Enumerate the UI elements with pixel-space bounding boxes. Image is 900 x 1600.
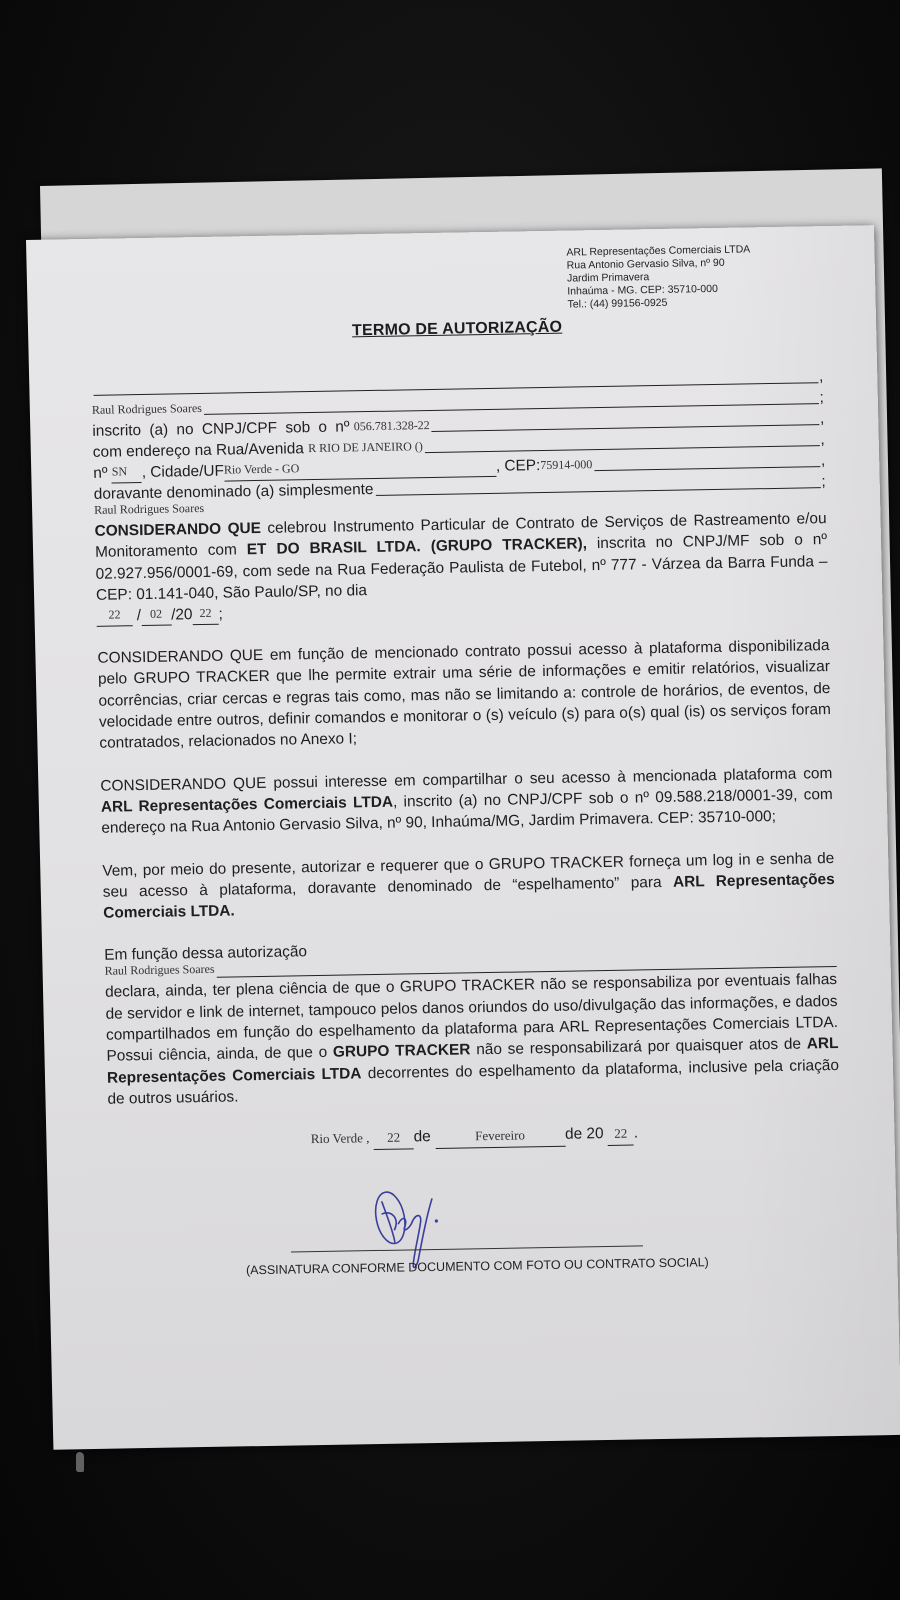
denominated-field: Raul Rodrigues Soares: [94, 498, 204, 521]
city-label: , Cidade/UF: [142, 460, 225, 483]
signing-de-1: de: [413, 1128, 431, 1145]
cep-field: 75914-000: [540, 454, 592, 476]
signature-line: [291, 1245, 643, 1252]
p1-company: ET DO BRASIL LTDA. (GRUPO TRACKER),: [247, 536, 587, 559]
contract-day: 22: [96, 604, 133, 627]
signature-caption: (ASSINATURA CONFORME DOCUMENTO COM FOTO …: [111, 1249, 843, 1283]
letterhead: ARL Representações Comerciais LTDA Rua A…: [566, 243, 751, 311]
signing-month: Fevereiro: [435, 1124, 565, 1149]
signing-end: .: [634, 1125, 639, 1142]
declarant-field: Raul Rodrigues Soares: [104, 959, 214, 982]
signing-de-2: de 20: [565, 1125, 604, 1143]
contract-year: 22: [192, 603, 219, 626]
contract-month: 02: [141, 603, 172, 626]
name-field: Raul Rodrigues Soares: [92, 398, 202, 421]
paragraph-declaration: declara, ainda, ter plena ciência de que…: [105, 969, 840, 1110]
number-label: nº: [93, 462, 108, 484]
lint-speck: [76, 1452, 84, 1472]
document-page: ARL Representações Comerciais LTDA Rua A…: [26, 225, 900, 1449]
cep-underline: [594, 466, 820, 471]
paragraph-contract: CONSIDERANDO QUE celebrou Instrumento Pa…: [94, 508, 828, 606]
p1-lead: CONSIDERANDO QUE: [94, 520, 261, 540]
document-body: , Raul Rodrigues Soares ; inscrito (a) n…: [91, 366, 844, 1288]
cpf-field: 056.781.328-22: [353, 415, 429, 438]
signing-city: Rio Verde ,: [311, 1130, 370, 1146]
signing-day: 22: [373, 1127, 414, 1150]
letterhead-phone: Tel.: (44) 99156-0925: [567, 295, 751, 311]
cep-label: , CEP:: [496, 455, 541, 477]
number-field: SN: [112, 461, 143, 484]
paragraph-platform-access: CONSIDERANDO QUE em função de mencionado…: [97, 635, 831, 754]
contract-year-prefix: /20: [171, 604, 193, 626]
p3-company: ARL Representações Comerciais LTDA: [101, 794, 393, 816]
signing-year: 22: [608, 1123, 635, 1146]
city-field: Rio Verde - GO: [224, 455, 496, 482]
document-title: TERMO DE AUTORIZAÇÃO: [28, 313, 876, 346]
paragraph-sharing: CONSIDERANDO QUE possui interesse em com…: [100, 763, 833, 840]
p5-bold-b: GRUPO TRACKER: [333, 1042, 471, 1061]
signature-area: (ASSINATURA CONFORME DOCUMENTO COM FOTO …: [109, 1145, 844, 1288]
p5-text-c: não se responsabilizará por quaisquer at…: [470, 1036, 807, 1059]
